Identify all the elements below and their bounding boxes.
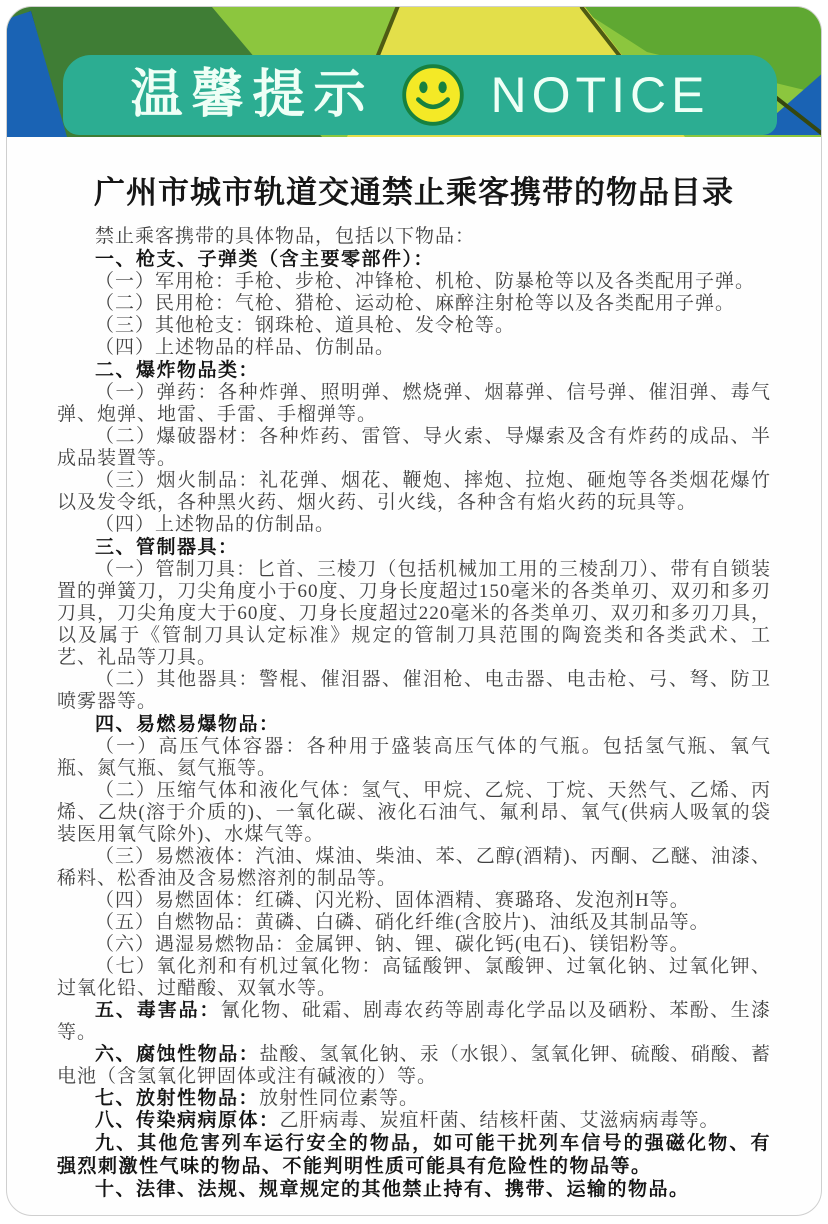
document-paragraph: （六）遇湿易燃物品：金属钾、钠、锂、碳化钙(电石)、镁铝粉等。 (57, 934, 771, 956)
smiley-face-icon (401, 63, 465, 127)
banner-title-en: NOTICE (491, 70, 710, 120)
document-paragraph: 十、法律、法规、规章规定的其他禁止持有、携带、运输的物品。 (57, 1178, 771, 1201)
document-paragraph: 九、其他危害列车运行安全的物品，如可能干扰列车信号的强磁化物、有强烈刺激性气味的… (57, 1132, 771, 1178)
header-collage: 温馨提示 NOTICE (7, 7, 821, 137)
document-paragraph: （一）弹药：各种炸弹、照明弹、燃烧弹、烟幕弹、信号弹、催泪弹、毒气弹、炮弹、地雷… (57, 382, 771, 426)
document-paragraph: （五）自燃物品：黄磷、白磷、硝化纤维(含胶片)、油纸及其制品等。 (57, 912, 771, 934)
document-paragraph: 一、枪支、子弹类（含主要零部件）： (57, 248, 771, 271)
document-paragraph: 七、放射性物品：放射性同位素等。 (57, 1088, 771, 1110)
document-paragraph: 六、腐蚀性物品：盐酸、氢氧化钠、汞（水银）、氢氧化钾、硫酸、硝酸、蓄电池（含氢氧… (57, 1044, 771, 1088)
paragraph-label: 七、放射性物品： (95, 1088, 259, 1109)
document-paragraph: （二）压缩气体和液化气体：氢气、甲烷、乙烷、丁烷、天然气、乙烯、丙烯、乙炔(溶于… (57, 780, 771, 846)
notice-banner: 温馨提示 NOTICE (63, 55, 777, 135)
document-paragraphs: 一、枪支、子弹类（含主要零部件）：（一）军用枪：手枪、步枪、冲锋枪、机枪、防暴枪… (57, 248, 771, 1201)
document-paragraph: （二）爆破器材：各种炸药、雷管、导火索、导爆索及含有炸药的成品、半成品装置等。 (57, 426, 771, 470)
paragraph-label: 六、腐蚀性物品： (95, 1044, 259, 1065)
notice-card: 温馨提示 NOTICE 广州市城市轨道交通禁止乘客携带的物品目录 禁止乘客携带的… (6, 6, 822, 1216)
document-paragraph: （三）烟火制品：礼花弹、烟花、鞭炮、摔炮、拉炮、砸炮等各类烟花爆竹以及发令纸，各… (57, 470, 771, 514)
document-paragraph: 八、传染病病原体：乙肝病毒、炭疽杆菌、结核杆菌、艾滋病病毒等。 (57, 1110, 771, 1132)
document-paragraph: （一）高压气体容器：各种用于盛装高压气体的气瓶。包括氢气瓶、氧气瓶、氮气瓶、氦气… (57, 736, 771, 780)
document-paragraph: （三）易燃液体：汽油、煤油、柴油、苯、乙醇(酒精)、丙酮、乙醚、油漆、稀料、松香… (57, 846, 771, 890)
document-paragraph: 二、爆炸物品类： (57, 359, 771, 382)
document-paragraph: （一）管制刀具：匕首、三棱刀（包括机械加工用的三棱刮刀）、带有自锁装置的弹簧刀，… (57, 559, 771, 669)
document-paragraph: （二）民用枪：气枪、猎枪、运动枪、麻醉注射枪等以及各类配用子弹。 (57, 293, 771, 315)
document-paragraph: （四）上述物品的样品、仿制品。 (57, 337, 771, 359)
document-intro: 禁止乘客携带的具体物品，包括以下物品： (57, 226, 771, 248)
document-title: 广州市城市轨道交通禁止乘客携带的物品目录 (57, 167, 771, 212)
paragraph-label: 五、毒害品： (95, 1000, 220, 1021)
document-paragraph: 三、管制器具： (57, 536, 771, 559)
document-paragraph: （二）其他器具：警棍、催泪器、催泪枪、电击器、电击枪、弓、弩、防卫喷雾器等。 (57, 669, 771, 713)
document-paragraph: （四）易燃固体：红磷、闪光粉、固体酒精、赛璐珞、发泡剂H等。 (57, 890, 771, 912)
document-paragraph: （四）上述物品的仿制品。 (57, 514, 771, 536)
document-paragraph: （一）军用枪：手枪、步枪、冲锋枪、机枪、防暴枪等以及各类配用子弹。 (57, 271, 771, 293)
document-paragraph: 四、易燃易爆物品： (57, 713, 771, 736)
banner-title-cn: 温馨提示 (131, 69, 375, 121)
paragraph-label: 八、传染病病原体： (95, 1110, 280, 1131)
document-paragraph: 五、毒害品：氰化物、砒霜、剧毒农药等剧毒化学品以及硒粉、苯酚、生漆等。 (57, 1000, 771, 1044)
document-body: 广州市城市轨道交通禁止乘客携带的物品目录 禁止乘客携带的具体物品，包括以下物品：… (7, 167, 821, 1201)
document-paragraph: （七）氧化剂和有机过氧化物：高锰酸钾、氯酸钾、过氧化钠、过氧化钾、过氧化铅、过醋… (57, 956, 771, 1000)
document-paragraph: （三）其他枪支：钢珠枪、道具枪、发令枪等。 (57, 315, 771, 337)
